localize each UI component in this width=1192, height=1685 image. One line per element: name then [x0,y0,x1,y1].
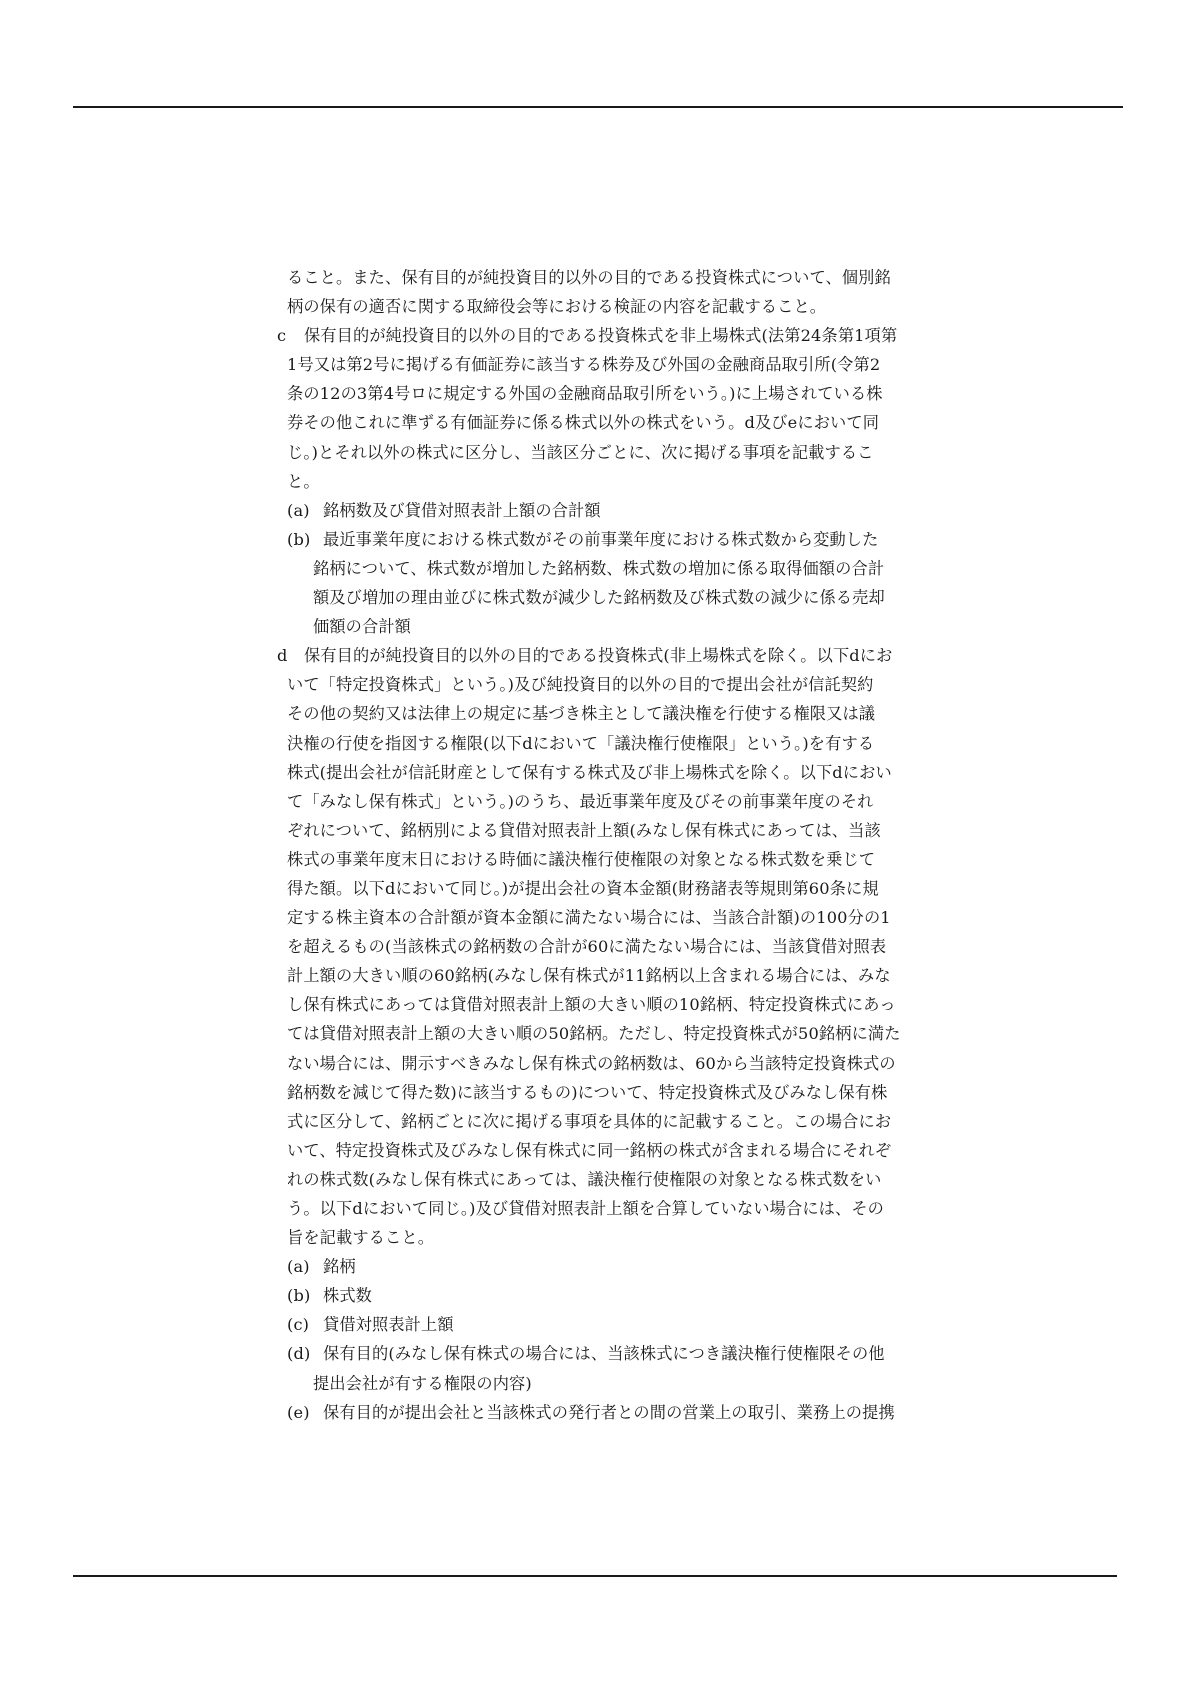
section-d-item-c: (c)貸借対照表計上額 [277,1310,957,1339]
header-rule [73,106,1123,108]
item-label: (b) [287,1281,323,1310]
item-text: 保有目的(みなし保有株式の場合には、当該株式につき議決権行使権限その他 [323,1344,885,1363]
item-label: (b) [287,525,323,554]
item-text: 貸借対照表計上額 [323,1315,454,1334]
section-d-line: いて「特定投資株式」という。)及び純投資目的以外の目的で提出会社が信託契約 [277,670,957,699]
section-d-first-line: d保有目的が純投資目的以外の目的である投資株式(非上場株式を除く。以下dにお [277,641,957,670]
section-d-line: ぞれについて、銘柄別による貸借対照表計上額(みなし保有株式にあっては、当該 [277,816,957,845]
section-c-item-a: (a)銘柄数及び貸借対照表計上額の合計額 [277,496,957,525]
section-c-text: 保有目的が純投資目的以外の目的である投資株式を非上場株式(法第24条第1項第 [304,326,897,345]
section-d-line: 計上額の大きい順の60銘柄(みなし保有株式が11銘柄以上含まれる場合には、みな [277,961,957,990]
section-d-item-d: (d)保有目的(みなし保有株式の場合には、当該株式につき議決権行使権限その他 [277,1339,957,1368]
section-c-line: と。 [277,467,957,496]
section-d-line: 式に区分して、銘柄ごとに次に掲げる事項を具体的に記載すること。この場合にお [277,1107,957,1136]
section-c-line: 条の12の3第4号ロに規定する外国の金融商品取引所をいう。)に上場されている株 [277,379,957,408]
section-d-line: ては貸借対照表計上額の大きい順の50銘柄。ただし、特定投資株式が50銘柄に満た [277,1019,957,1048]
item-text: 銘柄 [323,1257,356,1276]
section-c-label: c [277,321,304,350]
section-d-line: 得た額。以下dにおいて同じ。)が提出会社の資本金額(財務諸表等規則第60条に規 [277,874,957,903]
section-d-line: う。以下dにおいて同じ。)及び貸借対照表計上額を合算していない場合には、その [277,1194,957,1223]
item-text: 株式数 [323,1286,372,1305]
section-d-line: れの株式数(みなし保有株式にあっては、議決権行使権限の対象となる株式数をい [277,1165,957,1194]
item-text: 銘柄数及び貸借対照表計上額の合計額 [323,501,601,520]
item-continuation-line: 額及び増加の理由並びに株式数が減少した銘柄数及び株式数の減少に係る売却 [277,583,957,612]
section-d-line: 株式の事業年度末日における時価に議決権行使権限の対象となる株式数を乗じて [277,845,957,874]
section-d-line: し保有株式にあっては貸借対照表計上額の大きい順の10銘柄、特定投資株式にあっ [277,990,957,1019]
section-c-line: 1号又は第2号に掲げる有価証券に該当する株券及び外国の金融商品取引所(令第2 [277,350,957,379]
intro-line: 柄の保有の適否に関する取締役会等における検証の内容を記載すること。 [277,292,957,321]
item-text: 最近事業年度における株式数がその前事業年度における株式数から変動した [323,530,878,549]
section-c-line: じ。)とそれ以外の株式に区分し、当該区分ごとに、次に掲げる事項を記載するこ [277,438,957,467]
section-d-line: その他の契約又は法律上の規定に基づき株主として議決権を行使する権限又は議 [277,699,957,728]
section-d-line: ない場合には、開示すべきみなし保有株式の銘柄数は、60から当該特定投資株式の [277,1049,957,1078]
section-c-item-b: (b)最近事業年度における株式数がその前事業年度における株式数から変動した [277,525,957,554]
item-label: (c) [287,1310,323,1339]
section-d-line: 決権の行使を指図する権限(以下dにおいて「議決権行使権限」という。)を有する [277,729,957,758]
section-d-text: 保有目的が純投資目的以外の目的である投資株式(非上場株式を除く。以下dにお [304,646,892,665]
section-d-item-e: (e)保有目的が提出会社と当該株式の発行者との間の営業上の取引、業務上の提携 [277,1398,957,1427]
section-d-label: d [277,641,304,670]
document-body: ること。また、保有目的が純投資目的以外の目的である投資株式について、個別銘 柄の… [277,263,957,1427]
section-d-line: いて、特定投資株式及びみなし保有株式に同一銘柄の株式が含まれる場合にそれぞ [277,1136,957,1165]
section-d-line: 旨を記載すること。 [277,1223,957,1252]
item-continuation-line: 提出会社が有する権限の内容) [277,1369,957,1398]
intro-line: ること。また、保有目的が純投資目的以外の目的である投資株式について、個別銘 [277,263,957,292]
section-d-line: 定する株主資本の合計額が資本金額に満たない場合には、当該合計額)の100分の1 [277,903,957,932]
section-d-line: を超えるもの(当該株式の銘柄数の合計が60に満たない場合には、当該貸借対照表 [277,932,957,961]
footer-rule [73,1575,1117,1577]
section-d-line: 株式(提出会社が信託財産として保有する株式及び非上場株式を除く。以下dにおい [277,758,957,787]
item-label: (d) [287,1339,323,1368]
item-label: (e) [287,1398,323,1427]
section-c-first-line: c保有目的が純投資目的以外の目的である投資株式を非上場株式(法第24条第1項第 [277,321,957,350]
item-continuation-line: 銘柄について、株式数が増加した銘柄数、株式数の増加に係る取得価額の合計 [277,554,957,583]
section-c-line: 券その他これに準ずる有価証券に係る株式以外の株式をいう。d及びeにおいて同 [277,408,957,437]
item-label: (a) [287,496,323,525]
item-text: 保有目的が提出会社と当該株式の発行者との間の営業上の取引、業務上の提携 [323,1403,895,1422]
item-label: (a) [287,1252,323,1281]
section-d-line: 銘柄数を減じて得た数)に該当するもの)について、特定投資株式及びみなし保有株 [277,1078,957,1107]
section-d-line: て「みなし保有株式」という。)のうち、最近事業年度及びその前事業年度のそれ [277,787,957,816]
section-d-item-b: (b)株式数 [277,1281,957,1310]
section-d-item-a: (a)銘柄 [277,1252,957,1281]
item-continuation-line: 価額の合計額 [277,612,957,641]
